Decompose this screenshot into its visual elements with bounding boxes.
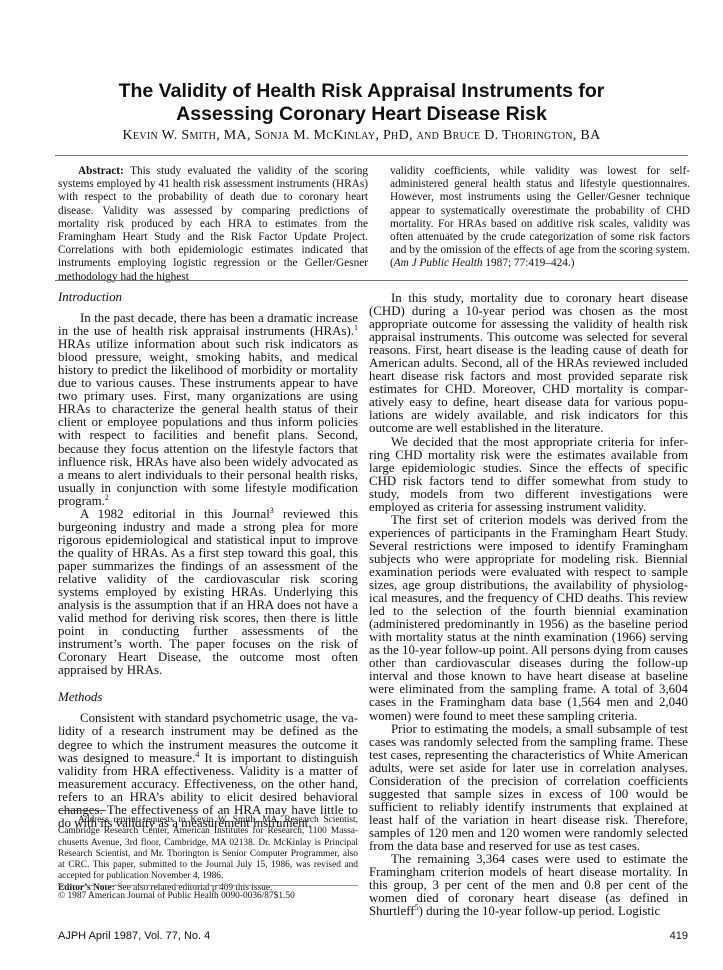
reference-2: 2 bbox=[105, 493, 109, 502]
address-note: Address reprint requests to Kevin W. Smi… bbox=[58, 815, 358, 883]
abstract-paragraph: Abstract: This study evaluated the valid… bbox=[58, 165, 368, 284]
article-title-line-2: Assessing Coronary Heart Disease Risk bbox=[0, 103, 723, 126]
running-footer-journal: AJPH April 1987, Vol. 77, No. 4 bbox=[58, 930, 210, 942]
body-paragraph-3: The first set of criterion models was de… bbox=[369, 514, 688, 723]
body-paragraph-1: In this study, mortality due to coronary… bbox=[369, 292, 688, 436]
abstract-divider bbox=[55, 280, 688, 281]
abstract-label: Abstract: bbox=[78, 165, 124, 177]
abstract-text-left: This study evaluated the validity of the… bbox=[58, 165, 368, 283]
intro-paragraph-2: A 1982 editorial in this Journal3 review… bbox=[58, 508, 358, 678]
body-paragraph-5: The remaining 3,364 cases were used to e… bbox=[369, 853, 688, 918]
abstract-citation-journal: Am J Public Health bbox=[394, 257, 483, 269]
text-run: reviewed this burgeoning industry and ma… bbox=[58, 507, 358, 678]
text-run: In the past decade, there has been a dra… bbox=[58, 311, 358, 338]
copyright-notice: © 1987 American Journal of Public Health… bbox=[58, 891, 358, 901]
body-paragraph-4: Prior to estimating the models, a small … bbox=[369, 723, 688, 853]
methods-paragraph-1: Consistent with standard psychometric us… bbox=[58, 712, 358, 829]
body-paragraph-2: We decided that the most appropriate cri… bbox=[369, 436, 688, 514]
abstract-text-right: validity coefficients, while validity wa… bbox=[390, 165, 690, 269]
article-title-line-1: The Validity of Health Risk Appraisal In… bbox=[0, 80, 723, 103]
author-footnote: Address reprint requests to Kevin W. Smi… bbox=[58, 815, 358, 894]
intro-paragraph-1: In the past decade, there has been a dra… bbox=[58, 312, 358, 508]
section-heading-methods: Methods bbox=[58, 691, 358, 704]
abstract-paragraph-continued: validity coefficients, while validity wa… bbox=[390, 165, 690, 271]
left-body-column: Introduction In the past decade, there h… bbox=[58, 291, 358, 830]
abstract-left-column: Abstract: This study evaluated the valid… bbox=[58, 165, 368, 284]
article-title: The Validity of Health Risk Appraisal In… bbox=[0, 80, 723, 126]
right-body-column: In this study, mortality due to coronary… bbox=[369, 292, 688, 918]
text-run: HRAs utilize information about such risk… bbox=[58, 337, 358, 508]
abstract-right-column: validity coefficients, while validity wa… bbox=[390, 165, 690, 271]
reference-1: 1 bbox=[354, 323, 358, 332]
section-heading-introduction: Introduction bbox=[58, 291, 358, 304]
text-run: A 1982 editorial in this Journal bbox=[80, 507, 270, 521]
author-list: Kevin W. Smith, MA, Sonja M. McKinlay, P… bbox=[0, 128, 723, 144]
copyright-divider bbox=[58, 885, 358, 886]
text-run: ) during the 10-year follow-up period. L… bbox=[419, 904, 661, 918]
header-divider bbox=[55, 155, 688, 156]
abstract-citation-details: 1987; 77:419–424.) bbox=[483, 257, 575, 269]
footnote-divider bbox=[58, 810, 106, 811]
page-number: 419 bbox=[670, 930, 688, 942]
